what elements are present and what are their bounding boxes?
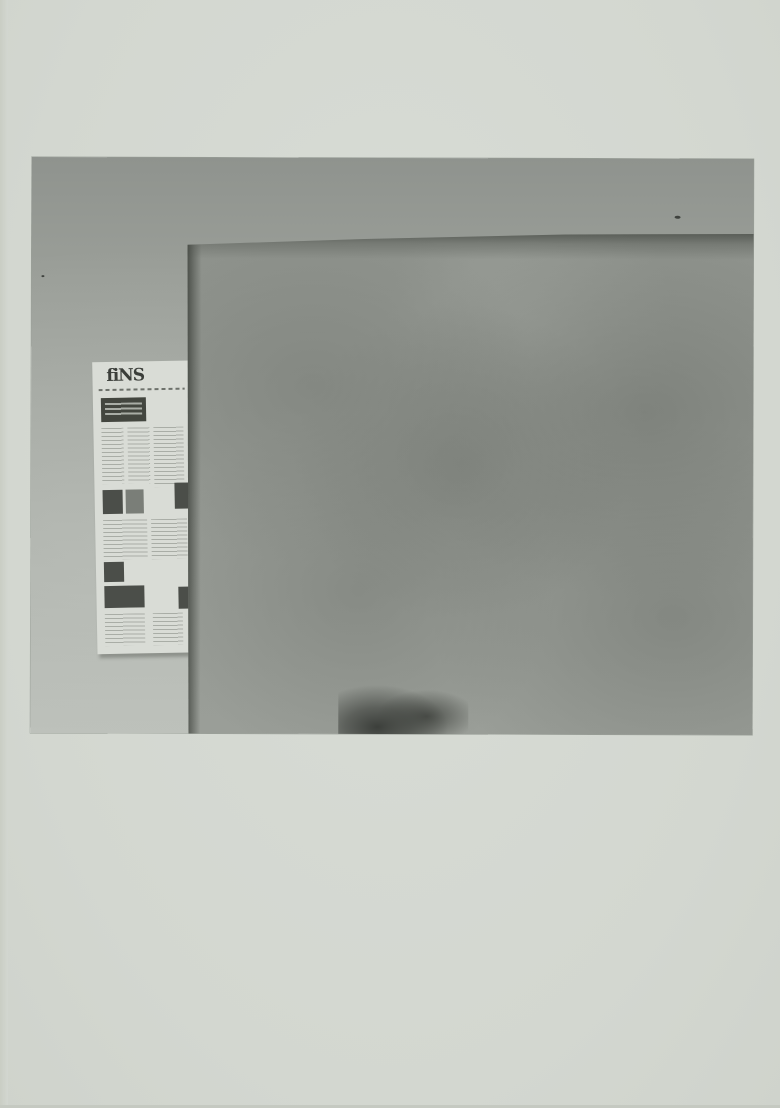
- newspaper-text-column: [151, 519, 188, 560]
- newspaper-photo: [104, 585, 144, 608]
- painted-board: [186, 232, 754, 734]
- dust-speck: [41, 275, 44, 277]
- newspaper-text-column: [153, 613, 184, 646]
- board-edge: [186, 232, 201, 734]
- newspaper-masthead: fiNS: [106, 365, 144, 386]
- newspaper-rule: [99, 388, 185, 392]
- newspaper-photo: [174, 483, 188, 509]
- page-edge: [0, 0, 8, 1108]
- newspaper-text-column: [127, 427, 150, 483]
- dust-speck: [675, 216, 681, 219]
- document-page: fiNS: [0, 0, 780, 1108]
- newspaper-text-column: [103, 519, 148, 560]
- newspaper-photo: [126, 489, 144, 513]
- newspaper-text-column: [105, 613, 146, 646]
- newspaper-photo: [103, 490, 123, 514]
- photograph: fiNS: [30, 157, 754, 735]
- newspaper: fiNS: [92, 360, 195, 654]
- newspaper-headline-box: [101, 397, 146, 422]
- newspaper-text-column: [101, 428, 124, 484]
- newspaper-text-column: [153, 427, 184, 488]
- newspaper-photo: [104, 562, 124, 582]
- board-stain: [338, 673, 468, 735]
